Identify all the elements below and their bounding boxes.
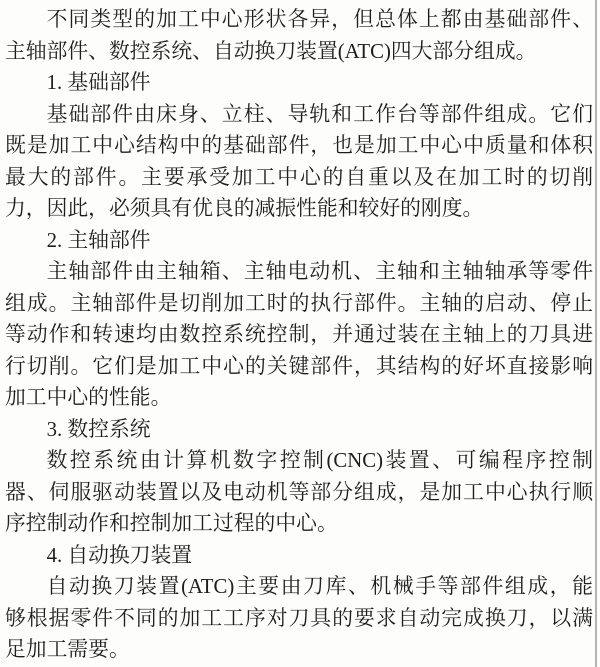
text-line: 最大的部件。主要承受加工中心的自重以及在加工时的切削 bbox=[5, 162, 593, 194]
document-page: 不同类型的加工中心形状各异，但总体上都由基础部件、主轴部件、数控系统、自动换刀装… bbox=[0, 0, 600, 667]
text-line: 自动换刀装置(ATC)主要由刀库、机械手等部件组成，能 bbox=[5, 571, 593, 603]
heading-line: 4. 自动换刀装置 bbox=[5, 540, 593, 572]
section-heading: 1. 基础部件 bbox=[5, 67, 593, 99]
text-line: 加工中心的性能。 bbox=[5, 382, 593, 414]
text-column: 不同类型的加工中心形状各异，但总体上都由基础部件、主轴部件、数控系统、自动换刀装… bbox=[5, 4, 593, 666]
paragraph: 数控系统由计算机数字控制(CNC)装置、可编程序控制器、伺服驱动装置以及电动机等… bbox=[5, 445, 593, 540]
text-line: 等动作和转速均由数控系统控制，并通过装在主轴上的刀具进 bbox=[5, 319, 593, 351]
section-heading: 3. 数控系统 bbox=[5, 414, 593, 446]
text-line: 够根据零件不同的加工工序对刀具的要求自动完成换刀，以满 bbox=[5, 603, 593, 635]
heading-line: 1. 基础部件 bbox=[5, 67, 593, 99]
paragraph: 自动换刀装置(ATC)主要由刀库、机械手等部件组成，能够根据零件不同的加工工序对… bbox=[5, 571, 593, 666]
text-line: 不同类型的加工中心形状各异，但总体上都由基础部件、 bbox=[5, 4, 593, 36]
text-line: 既是加工中心结构中的基础部件，也是加工中心中质量和体积 bbox=[5, 130, 593, 162]
text-line: 器、伺服驱动装置以及电动机等部分组成，是加工中心执行顺 bbox=[5, 477, 593, 509]
paragraph: 基础部件由床身、立柱、导轨和工作台等部件组成。它们既是加工中心结构中的基础部件，… bbox=[5, 99, 593, 225]
text-line: 足加工需要。 bbox=[5, 634, 593, 666]
text-line: 数控系统由计算机数字控制(CNC)装置、可编程序控制 bbox=[5, 445, 593, 477]
text-line: 序控制动作和控制加工过程的中心。 bbox=[5, 508, 593, 540]
text-line: 力，因此，必须具有优良的减振性能和较好的刚度。 bbox=[5, 193, 593, 225]
heading-line: 3. 数控系统 bbox=[5, 414, 593, 446]
page-edge-line bbox=[595, 0, 597, 667]
section-heading: 4. 自动换刀装置 bbox=[5, 540, 593, 572]
text-line: 基础部件由床身、立柱、导轨和工作台等部件组成。它们 bbox=[5, 99, 593, 131]
paragraph: 不同类型的加工中心形状各异，但总体上都由基础部件、主轴部件、数控系统、自动换刀装… bbox=[5, 4, 593, 67]
text-line: 主轴部件由主轴箱、主轴电动机、主轴和主轴轴承等零件 bbox=[5, 256, 593, 288]
section-heading: 2. 主轴部件 bbox=[5, 225, 593, 257]
paragraph: 主轴部件由主轴箱、主轴电动机、主轴和主轴轴承等零件组成。主轴部件是切削加工时的执… bbox=[5, 256, 593, 414]
text-line: 主轴部件、数控系统、自动换刀装置(ATC)四大部分组成。 bbox=[5, 36, 593, 68]
text-line: 组成。主轴部件是切削加工时的执行部件。主轴的启动、停止 bbox=[5, 288, 593, 320]
heading-line: 2. 主轴部件 bbox=[5, 225, 593, 257]
text-line: 行切削。它们是加工中心的关键部件，其结构的好坏直接影响 bbox=[5, 351, 593, 383]
